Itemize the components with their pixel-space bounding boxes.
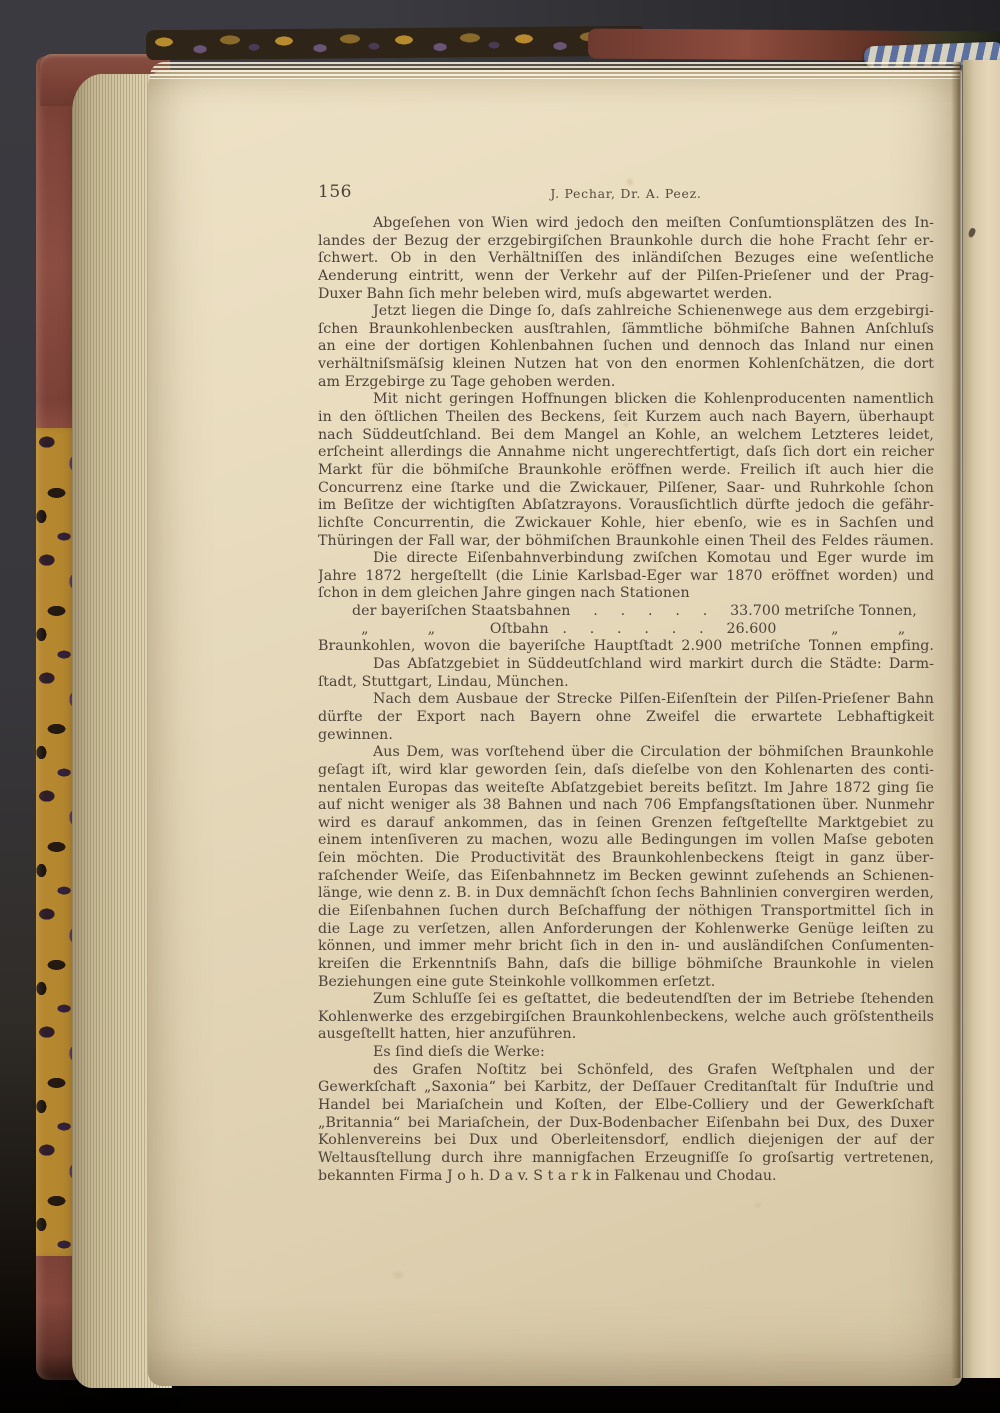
text-line: auf nicht weniger als 38 Bahnen und nach…: [318, 797, 934, 815]
text-line: können, und immer mehr bricht ſich in de…: [318, 938, 934, 956]
text-line: in den öſtlichen Theilen des Beckens, ſe…: [318, 409, 934, 427]
paragraph: Die directe Eiſenbahnverbindung zwiſchen…: [318, 550, 934, 603]
paragraph: des Grafen Noſtitz bei Schönfeld, des Gr…: [318, 1062, 934, 1185]
text-line: landes der Bezug der erzgebirgiſchen Bra…: [318, 233, 934, 251]
text-line: Jahre 1872 hergeſtellt (die Linie Karlsb…: [318, 568, 934, 586]
text-line: Handel bei Mariaſchein und Koſten, der E…: [318, 1097, 934, 1115]
text-line: länge, wie denn z. B. in Dux demnächſt ſ…: [318, 885, 934, 903]
text-line: Es ſind dieſs die Werke:: [318, 1044, 934, 1062]
book-page: 156 J. Pechar, Dr. A. Peez. Abgeſehen vo…: [148, 70, 962, 1386]
text-line: geſagt iſt, wird klar geworden ſein, daſ…: [318, 762, 934, 780]
text-line: der bayeriſchen Staatsbahnen . . . . . 3…: [318, 603, 934, 621]
text-line: Nach dem Ausbaue der Strecke Pilſen-Eiſe…: [318, 691, 934, 709]
text-line: des Grafen Noſtitz bei Schönfeld, des Gr…: [318, 1062, 934, 1080]
text-line: Kohlenvereins bei Dux und Oberleitensdor…: [318, 1132, 934, 1150]
paragraph: Das Abſatzgebiet in Süddeutſchland wird …: [318, 656, 934, 691]
paragraph: Mit nicht geringen Hoffnungen blicken di…: [318, 391, 934, 550]
text-line: Zum Schluſſe ſei es geſtattet, die bedeu…: [318, 991, 934, 1009]
text-line: ausgeſtellt hatten, hier anzuführen.: [318, 1026, 934, 1044]
photo-of-book: { "page": { "number": "156", "running_he…: [0, 0, 1000, 1413]
page-top-rolled-edge: [150, 62, 960, 79]
text-line: Das Abſatzgebiet in Süddeutſchland wird …: [318, 656, 934, 674]
paragraph: Jetzt liegen die Dinge ſo, daſs zahlreic…: [318, 303, 934, 391]
paragraph: Es ſind dieſs die Werke:: [318, 1044, 934, 1062]
text-line: verhältniſsmäſsig kleinen Nutzen hat von…: [318, 356, 934, 374]
text-line: Beziehungen eine gute Steinkohle vollkom…: [318, 974, 934, 992]
text-line: Braunkohlen, wovon die bayeriſche Hauptſ…: [318, 638, 934, 656]
text-line: Weltausſtellung durch ihre mannigfachen …: [318, 1150, 934, 1168]
paragraph: Aus Dem, was vorſtehend über die Circula…: [318, 744, 934, 991]
text-line: nach Süddeutſchland. Bei dem Mangel an K…: [318, 427, 934, 445]
paragraph: Braunkohlen, wovon die bayeriſche Hauptſ…: [318, 638, 934, 656]
text-line: ſchon in dem gleichen Jahre gingen nach …: [318, 585, 934, 603]
text-line: ſein möchten. Die Productivität des Brau…: [318, 850, 934, 868]
text-line: im Beſitze der wichtigſten Abſatzrayons.…: [318, 497, 934, 515]
text-line: wird es darauf ankommen, das in ſeinen G…: [318, 815, 934, 833]
text-line: Duxer Bahn ſich mehr beleben wird, muſs …: [318, 286, 934, 304]
text-line: „Britannia“ bei Mariaſchein, der Dux-Bod…: [318, 1115, 934, 1133]
text-line: Gewerkſchaft „Saxonia“ bei Karbitz, der …: [318, 1079, 934, 1097]
text-line: Aenderung eintritt, wenn der Verkehr auf…: [318, 268, 934, 286]
text-line: gewinnen.: [318, 727, 934, 745]
running-header: J. Pechar, Dr. A. Peez.: [318, 186, 934, 201]
text-line: ſtadt, Stuttgart, Lindau, München.: [318, 674, 934, 692]
text-line: erſcheint allerdings die Annahme nicht u…: [318, 444, 934, 462]
text-line: dürfte der Export nach Bayern ohne Zweif…: [318, 709, 934, 727]
text-line: an eine der dortigen Kohlenbahnen ſuchen…: [318, 338, 934, 356]
text-line: die Lage zu verſetzen, allen Anforderung…: [318, 921, 934, 939]
text-line: raſchender Weiſe, das Eiſenbahnnetz im B…: [318, 868, 934, 886]
text-line: Mit nicht geringen Hoffnungen blicken di…: [318, 391, 934, 409]
text-line: Aus Dem, was vorſtehend über die Circula…: [318, 744, 934, 762]
text-line: Jetzt liegen die Dinge ſo, daſs zahlreic…: [318, 303, 934, 321]
text-line: Die directe Eiſenbahnverbindung zwiſchen…: [318, 550, 934, 568]
text-line: am Erzgebirge zu Tage gehoben werden.: [318, 374, 934, 392]
text-line: ſchen Braunkohlenbecken ausſtrahlen, ſäm…: [318, 321, 934, 339]
text-line: Concurrenz eine ſtarke und die Zwickauer…: [318, 480, 934, 498]
page-header-row: 156 J. Pechar, Dr. A. Peez.: [318, 182, 934, 204]
text-line: die Eiſenbahnen ſuchen durch Beſchaffung…: [318, 903, 934, 921]
paragraph: Zum Schluſſe ſei es geſtattet, die bedeu…: [318, 991, 934, 1044]
paragraph: Abgeſehen von Wien wird jedoch den meiſt…: [318, 215, 934, 303]
text-line: Kohlenwerke des erzgebirgiſchen Braunkoh…: [318, 1009, 934, 1027]
text-line: Abgeſehen von Wien wird jedoch den meiſt…: [318, 215, 934, 233]
text-line: bekannten Firma J o h. D a v. S t a r k …: [318, 1168, 934, 1186]
adjacent-page-sliver: [963, 60, 1000, 1378]
text-line: Markt für die böhmiſche Braunkohle eröff…: [318, 462, 934, 480]
page-body: Abgeſehen von Wien wird jedoch den meiſt…: [318, 215, 934, 1185]
text-line: ſchwert. Ob in den Verhältniſſen des inl…: [318, 250, 934, 268]
paragraph: der bayeriſchen Staatsbahnen . . . . . 3…: [318, 603, 934, 638]
text-line: Thüringen der Fall war, der böhmiſchen B…: [318, 533, 934, 551]
text-line: einem intenſiveren zu machen, wozu alle …: [318, 832, 934, 850]
text-line: lichſte Concurrentin, die Zwickauer Kohl…: [318, 515, 934, 533]
book-head-marbled-edge: [146, 26, 646, 60]
text-line: kreiſen die Erkenntniſs Bahn, daſs die b…: [318, 956, 934, 974]
paragraph: Nach dem Ausbaue der Strecke Pilſen-Eiſe…: [318, 691, 934, 744]
text-line: nentalen Europas das weiteſte Abſatzgebi…: [318, 780, 934, 798]
text-line: „ „ Oſtbahn . . . . . . 26.600 „ „: [318, 621, 934, 639]
